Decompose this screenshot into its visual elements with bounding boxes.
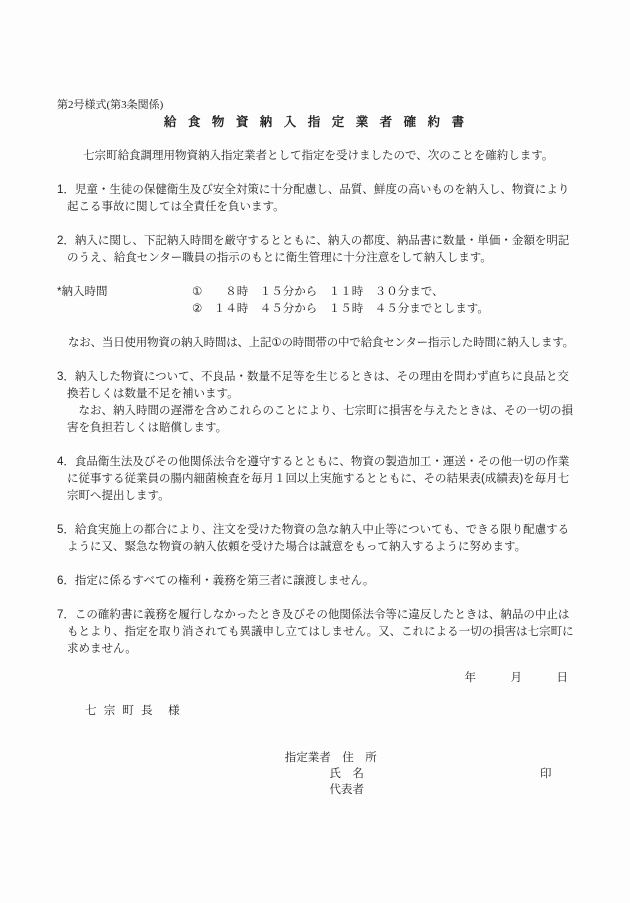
addressee-line: 七 宗 町 長 様: [85, 703, 575, 720]
clause-6-text: 指定に係るすべての権利・義務を第三者に譲渡しません。: [75, 575, 374, 587]
clause-2-number: 2．: [57, 235, 75, 247]
clause-6: 6．指定に係るすべての権利・義務を第三者に譲渡しません。: [57, 573, 575, 590]
clause-6-number: 6．: [57, 575, 75, 587]
clause-7: 7．この確約書に義務を履行しなかったとき及びその他関係法令等に違反したときは、納…: [57, 607, 575, 658]
clause-4-number: 4．: [57, 456, 75, 468]
clause-4-text: 食品衛生法及びその他関係法令を遵守するとともに、物資の製造加工・運送・その他一切…: [67, 456, 569, 502]
clause-5-text: 給食実施上の都合により、注文を受けた物資の急な納入中止等についても、できる限り配…: [67, 524, 569, 553]
signature-block: 指定業者 住 所 氏 名 代表者 印: [57, 734, 575, 830]
clause-5: 5．給食実施上の都合により、注文を受けた物資の急な納入中止等についても、できる限…: [57, 522, 575, 556]
clause-7-text: この確約書に義務を履行しなかったとき及びその他関係法令等に違反したときは、納品の…: [67, 609, 574, 655]
clause-2-text: 納入に関し、下記納入時間を厳守するとともに、納入の都度、納品書に数量・単価・金額…: [67, 235, 569, 264]
clause-3-text: 納入した物資について、不良品・数量不足等を生じるときは、その理由を問わず直ちに良…: [67, 371, 573, 434]
delivery-time-note: なお、当日使用物資の納入時間は、上記①の時間帯の中で給食センター指示した時間に納…: [57, 335, 575, 352]
page-title: 給 食 物 資 納 入 指 定 業 者 確 約 書: [57, 114, 575, 131]
delivery-time-block: *納入時間 ① ８時 １５分から １１時 ３０分まで、 ② １４時 ４５分から …: [57, 284, 575, 318]
clause-2: 2．納入に関し、下記納入時間を厳守するとともに、納入の都度、納品書に数量・単価・…: [57, 233, 575, 267]
clause-3: 3．納入した物資について、不良品・数量不足等を生じるときは、その理由を問わず直ち…: [57, 369, 575, 437]
delivery-time-values: ① ８時 １５分から １１時 ３０分まで、 ② １４時 ４５分から １５時 ４５…: [192, 284, 489, 318]
clause-4: 4．食品衛生法及びその他関係法令を遵守するとともに、物資の製造加工・運送・その他…: [57, 454, 575, 505]
delivery-time-label: *納入時間: [57, 284, 192, 318]
intro-paragraph: 七宗町給食調理用物資納入指定業者として指定を受けましたので、次のことを確約します…: [57, 148, 575, 165]
date-blank-line: 年 月 日: [57, 670, 575, 687]
seal-placeholder: 印: [540, 766, 552, 782]
clause-3-number: 3．: [57, 371, 75, 383]
clause-1-text: 児童・生徒の保健衛生及び安全対策に十分配慮し、品質、鮮度の高いものを納入し、物資…: [67, 184, 569, 213]
form-number: 第2号様式(第3条関係): [57, 97, 575, 114]
clause-5-number: 5．: [57, 524, 75, 536]
clause-7-number: 7．: [57, 609, 75, 621]
pledge-form-page: 第2号様式(第3条関係) 給 食 物 資 納 入 指 定 業 者 確 約 書 七…: [0, 0, 630, 903]
clause-1-number: 1．: [57, 184, 75, 196]
clause-1: 1．児童・生徒の保健衛生及び安全対策に十分配慮し、品質、鮮度の高いものを納入し、…: [57, 182, 575, 216]
document-page: { "page": { "form_number": "第2号様式(第3条関係)…: [0, 0, 630, 903]
signature-fields: 指定業者 住 所 氏 名 代表者: [272, 752, 377, 796]
